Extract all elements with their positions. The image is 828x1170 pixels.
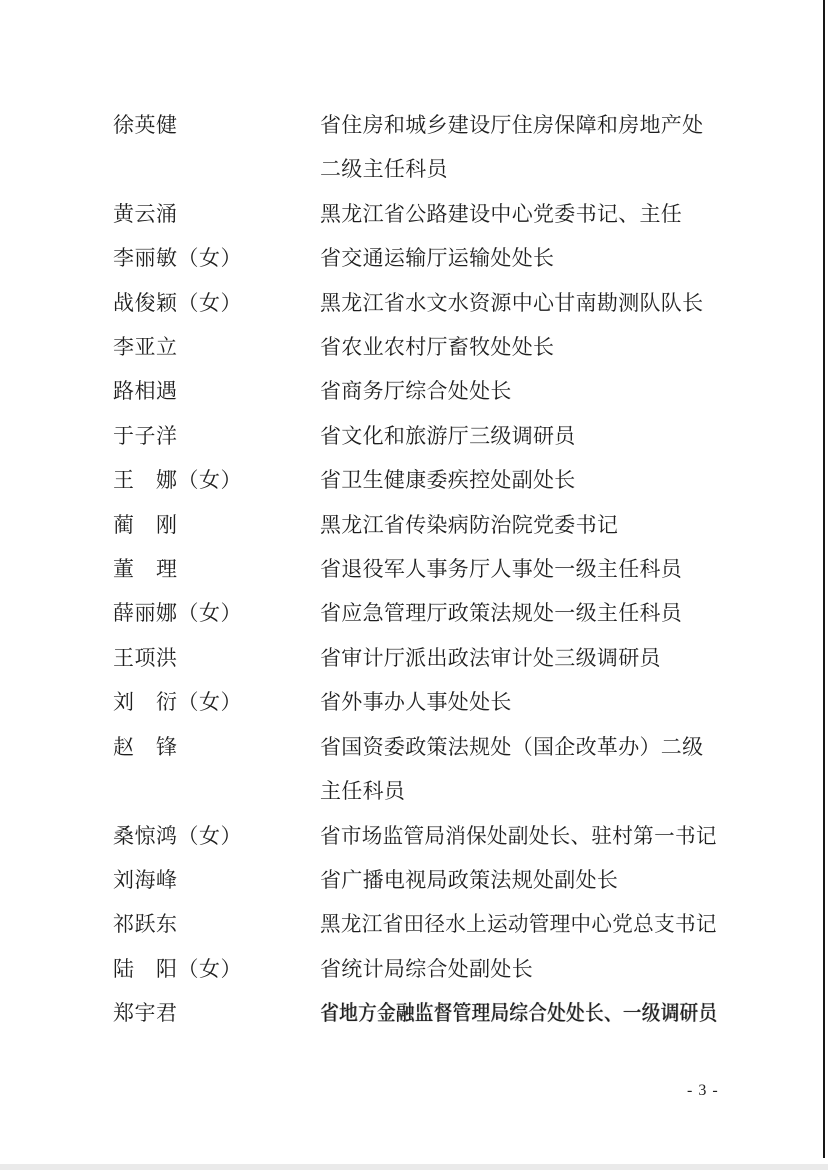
person-title-line: 二级主任科员 [320, 148, 717, 192]
roster-entry: 于子洋省文化和旅游厅三级调研员 [113, 415, 717, 459]
roster-entry: 祁跃东黑龙江省田径水上运动管理中心党总支书记 [113, 903, 717, 947]
person-name: 刘 衍（女） [113, 681, 320, 725]
person-title-line: 黑龙江省田径水上运动管理中心党总支书记 [320, 903, 709, 947]
person-name: 赵 锋 [113, 726, 320, 770]
person-title-line: 省退役军人事务厅人事处一级主任科员 [320, 548, 717, 592]
roster-entry: 陆 阳（女）省统计局综合处副处长 [113, 948, 717, 992]
person-name: 董 理 [113, 548, 320, 592]
person-title: 省国资委政策法规处（国企改革办）二级主任科员 [320, 726, 717, 815]
person-title: 黑龙江省田径水上运动管理中心党总支书记 [320, 903, 717, 947]
person-name: 祁跃东 [113, 903, 320, 947]
person-title-line: 省广播电视局政策法规处副处长 [320, 859, 717, 903]
person-name: 薛丽娜（女） [113, 592, 320, 636]
roster-entry: 蔺 刚黑龙江省传染病防治院党委书记 [113, 504, 717, 548]
person-name: 王项洪 [113, 637, 320, 681]
person-name: 王 娜（女） [113, 459, 320, 503]
person-name: 李丽敏（女） [113, 237, 320, 281]
person-title-line: 省应急管理厅政策法规处一级主任科员 [320, 592, 717, 636]
roster-list: 徐英健省住房和城乡建设厅住房保障和房地产处二级主任科员黄云涌黑龙江省公路建设中心… [113, 104, 717, 1037]
document-page: 徐英健省住房和城乡建设厅住房保障和房地产处二级主任科员黄云涌黑龙江省公路建设中心… [0, 0, 828, 1170]
person-title-line: 省市场监管局消保处副处长、驻村第一书记 [320, 815, 709, 859]
person-name: 郑宇君 [113, 992, 320, 1036]
roster-entry: 徐英健省住房和城乡建设厅住房保障和房地产处二级主任科员 [113, 104, 717, 193]
person-title-line: 省住房和城乡建设厅住房保障和房地产处 [320, 104, 717, 148]
person-title-line: 黑龙江省传染病防治院党委书记 [320, 504, 717, 548]
person-title: 省卫生健康委疾控处副处长 [320, 459, 717, 503]
person-title: 省交通运输厅运输处处长 [320, 237, 717, 281]
roster-entry: 董 理省退役军人事务厅人事处一级主任科员 [113, 548, 717, 592]
person-title-line: 省文化和旅游厅三级调研员 [320, 415, 717, 459]
person-title: 省统计局综合处副处长 [320, 948, 717, 992]
person-title-line: 省统计局综合处副处长 [320, 948, 717, 992]
person-title-line: 省外事办人事处处长 [320, 681, 717, 725]
person-title-line: 省卫生健康委疾控处副处长 [320, 459, 717, 503]
person-title: 省审计厅派出政法审计处三级调研员 [320, 637, 717, 681]
roster-entry: 王项洪省审计厅派出政法审计处三级调研员 [113, 637, 717, 681]
person-title: 黑龙江省水文水资源中心甘南勘测队队长 [320, 282, 717, 326]
roster-entry: 刘海峰省广播电视局政策法规处副处长 [113, 859, 717, 903]
person-name: 李亚立 [113, 326, 320, 370]
person-title: 省商务厅综合处处长 [320, 370, 717, 414]
person-title: 省住房和城乡建设厅住房保障和房地产处二级主任科员 [320, 104, 717, 193]
person-name: 蔺 刚 [113, 504, 320, 548]
person-name: 黄云涌 [113, 193, 320, 237]
person-title-line: 省交通运输厅运输处处长 [320, 237, 717, 281]
page-number: - 3 - [687, 1082, 719, 1100]
person-title: 黑龙江省公路建设中心党委书记、主任 [320, 193, 717, 237]
roster-entry: 赵 锋省国资委政策法规处（国企改革办）二级主任科员 [113, 726, 717, 815]
person-title: 省市场监管局消保处副处长、驻村第一书记 [320, 815, 717, 859]
person-title: 省应急管理厅政策法规处一级主任科员 [320, 592, 717, 636]
person-name: 路相遇 [113, 370, 320, 414]
roster-entry: 薛丽娜（女）省应急管理厅政策法规处一级主任科员 [113, 592, 717, 636]
roster-entry: 桑惊鸿（女）省市场监管局消保处副处长、驻村第一书记 [113, 815, 717, 859]
person-title: 省文化和旅游厅三级调研员 [320, 415, 717, 459]
roster-entry: 李亚立省农业农村厅畜牧处处长 [113, 326, 717, 370]
person-title-line: 省农业农村厅畜牧处处长 [320, 326, 717, 370]
roster-entry: 黄云涌黑龙江省公路建设中心党委书记、主任 [113, 193, 717, 237]
person-name: 战俊颖（女） [113, 282, 320, 326]
person-name: 桑惊鸿（女） [113, 815, 320, 859]
person-title: 省外事办人事处处长 [320, 681, 717, 725]
person-title-line: 省审计厅派出政法审计处三级调研员 [320, 637, 717, 681]
roster-entry: 路相遇省商务厅综合处处长 [113, 370, 717, 414]
person-name: 刘海峰 [113, 859, 320, 903]
person-title: 黑龙江省传染病防治院党委书记 [320, 504, 717, 548]
scan-bottom-strip [0, 1164, 828, 1170]
roster-entry: 刘 衍（女）省外事办人事处处长 [113, 681, 717, 725]
person-title: 省农业农村厅畜牧处处长 [320, 326, 717, 370]
person-name: 于子洋 [113, 415, 320, 459]
person-title: 省地方金融监督管理局综合处处长、一级调研员 [320, 992, 717, 1036]
person-title: 省退役军人事务厅人事处一级主任科员 [320, 548, 717, 592]
person-name: 徐英健 [113, 104, 320, 148]
person-title-line: 省国资委政策法规处（国企改革办）二级 [320, 726, 717, 770]
person-title-line: 省商务厅综合处处长 [320, 370, 717, 414]
person-title: 省广播电视局政策法规处副处长 [320, 859, 717, 903]
person-title-line: 省地方金融监督管理局综合处处长、一级调研员 [320, 992, 673, 1036]
roster-entry: 王 娜（女）省卫生健康委疾控处副处长 [113, 459, 717, 503]
scan-edge-line [823, 0, 825, 1158]
roster-entry: 郑宇君省地方金融监督管理局综合处处长、一级调研员 [113, 992, 717, 1036]
person-name: 陆 阳（女） [113, 948, 320, 992]
person-title-line: 黑龙江省水文水资源中心甘南勘测队队长 [320, 282, 717, 326]
person-title-line: 主任科员 [320, 770, 717, 814]
roster-entry: 李丽敏（女）省交通运输厅运输处处长 [113, 237, 717, 281]
person-title-line: 黑龙江省公路建设中心党委书记、主任 [320, 193, 717, 237]
roster-entry: 战俊颖（女）黑龙江省水文水资源中心甘南勘测队队长 [113, 282, 717, 326]
